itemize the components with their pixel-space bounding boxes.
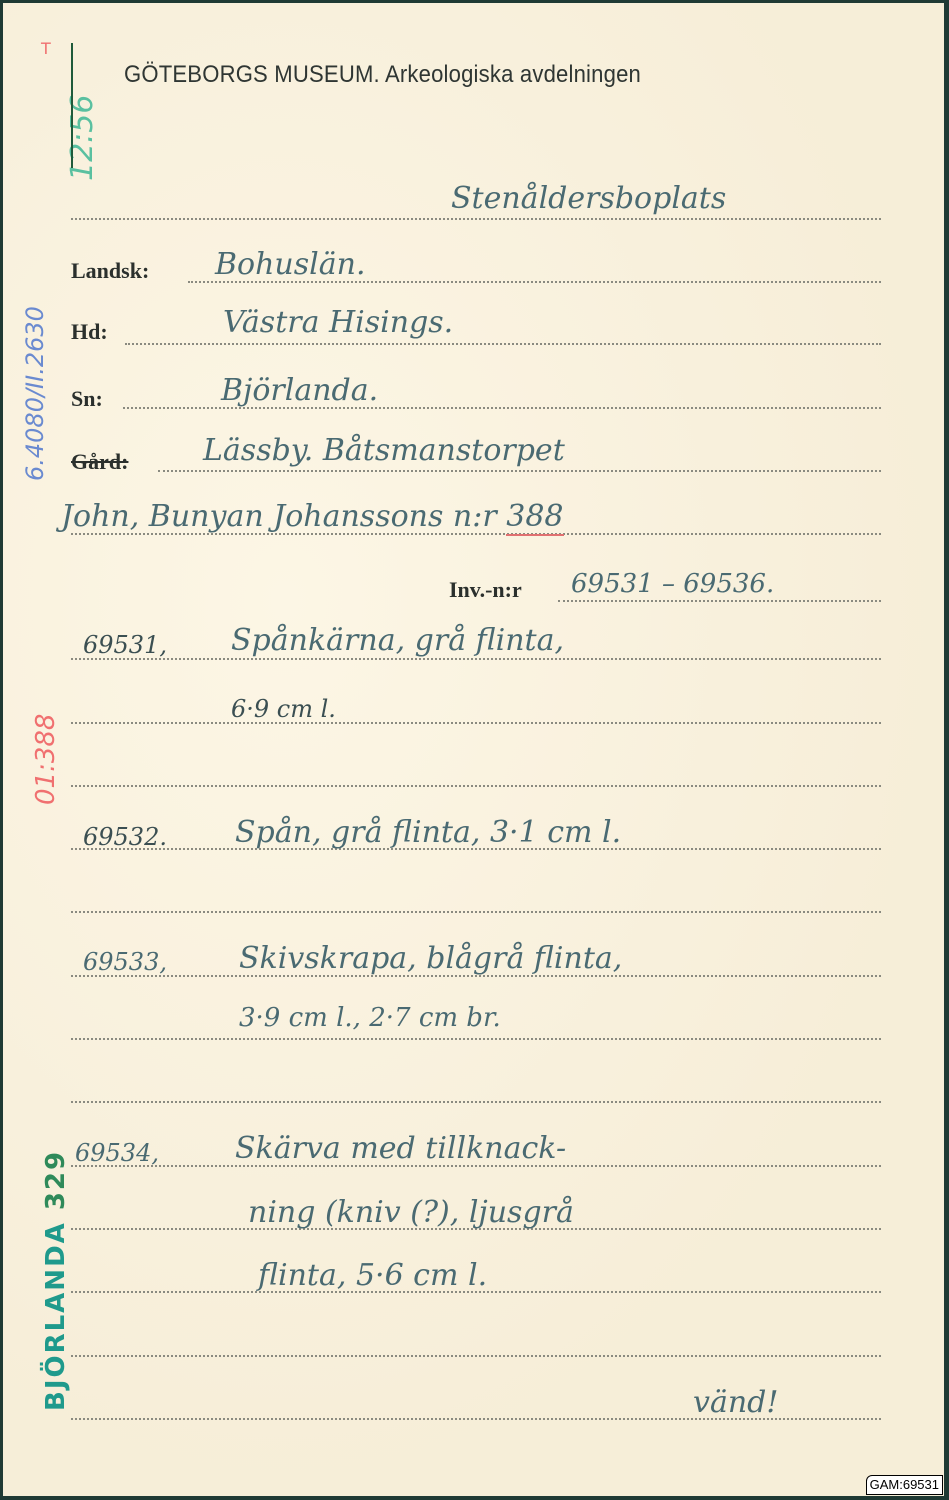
entry-text: Skivskrapa, blågrå flinta, — [239, 941, 622, 976]
ruled-line — [71, 1101, 881, 1103]
gard-line — [158, 470, 881, 472]
ruled-line — [71, 911, 881, 913]
site-type-value: Stenåldersboplats — [451, 181, 726, 216]
inv-value: 69531 – 69536. — [571, 569, 774, 599]
museum-header: GÖTEBORGS MUSEUM. Arkeologiska avdelning… — [124, 61, 641, 89]
catalog-id-badge: GAM:69531 — [866, 1475, 943, 1495]
entry-number: 69534, — [75, 1139, 159, 1167]
ruled-line — [71, 658, 881, 660]
ruled-line — [71, 1038, 881, 1040]
entry-text: Spånkärna, grå flinta, — [231, 623, 564, 658]
ruled-line — [71, 785, 881, 787]
hd-label: Hd: — [71, 319, 108, 345]
site-type-line — [71, 218, 881, 220]
entry-text: Spån, grå flinta, 3·1 cm l. — [235, 815, 621, 850]
inv-line — [558, 600, 881, 602]
entry-text: ning (kniv (?), ljusgrå — [248, 1195, 574, 1230]
entry-number: 69533, — [83, 948, 167, 976]
margin-note-red-top: T — [41, 39, 51, 58]
margin-note-blue: 6.4080/II.2630 — [21, 306, 49, 481]
owner-number: 388 — [506, 499, 563, 536]
margin-strike-line — [71, 43, 73, 168]
margin-note-red: 01:388 — [31, 714, 61, 805]
owner-text: John, Bunyan Johanssons n:r — [61, 499, 497, 534]
gard-label: Gård: — [71, 449, 128, 475]
ruled-line — [71, 1355, 881, 1357]
hd-line — [125, 343, 881, 345]
landsk-value: Bohuslän. — [215, 247, 365, 282]
parish-stamp: BJÖRLANDA 329 — [41, 1150, 71, 1411]
landsk-label: Landsk: — [71, 258, 149, 284]
turn-over-note: vänd! — [693, 1385, 778, 1420]
hd-value: Västra Hisings. — [223, 305, 453, 340]
stamp-number: 329 — [41, 1150, 71, 1210]
entry-number: 69531, — [83, 631, 167, 659]
entry-text: flinta, 5·6 cm l. — [258, 1258, 487, 1293]
entry-text: 6·9 cm l. — [231, 695, 336, 723]
sn-value: Björlanda. — [221, 373, 378, 408]
entry-text: Skärva med tillknack- — [235, 1131, 566, 1166]
inv-label: Inv.-n:r — [449, 577, 522, 603]
entry-number: 69532. — [83, 823, 167, 851]
gard-cont-value: John, Bunyan Johanssons n:r 388 — [61, 499, 564, 534]
entry-text: 3·9 cm l., 2·7 cm br. — [239, 1003, 501, 1033]
catalog-card: 12:56 T GÖTEBORGS MUSEUM. Arkeologiska a… — [3, 3, 944, 1496]
sn-label: Sn: — [71, 386, 103, 412]
gard-value: Lässby. Båtsmanstorpet — [203, 433, 565, 468]
stamp-text: BJÖRLANDA — [41, 1221, 71, 1411]
ruled-line — [71, 722, 881, 724]
